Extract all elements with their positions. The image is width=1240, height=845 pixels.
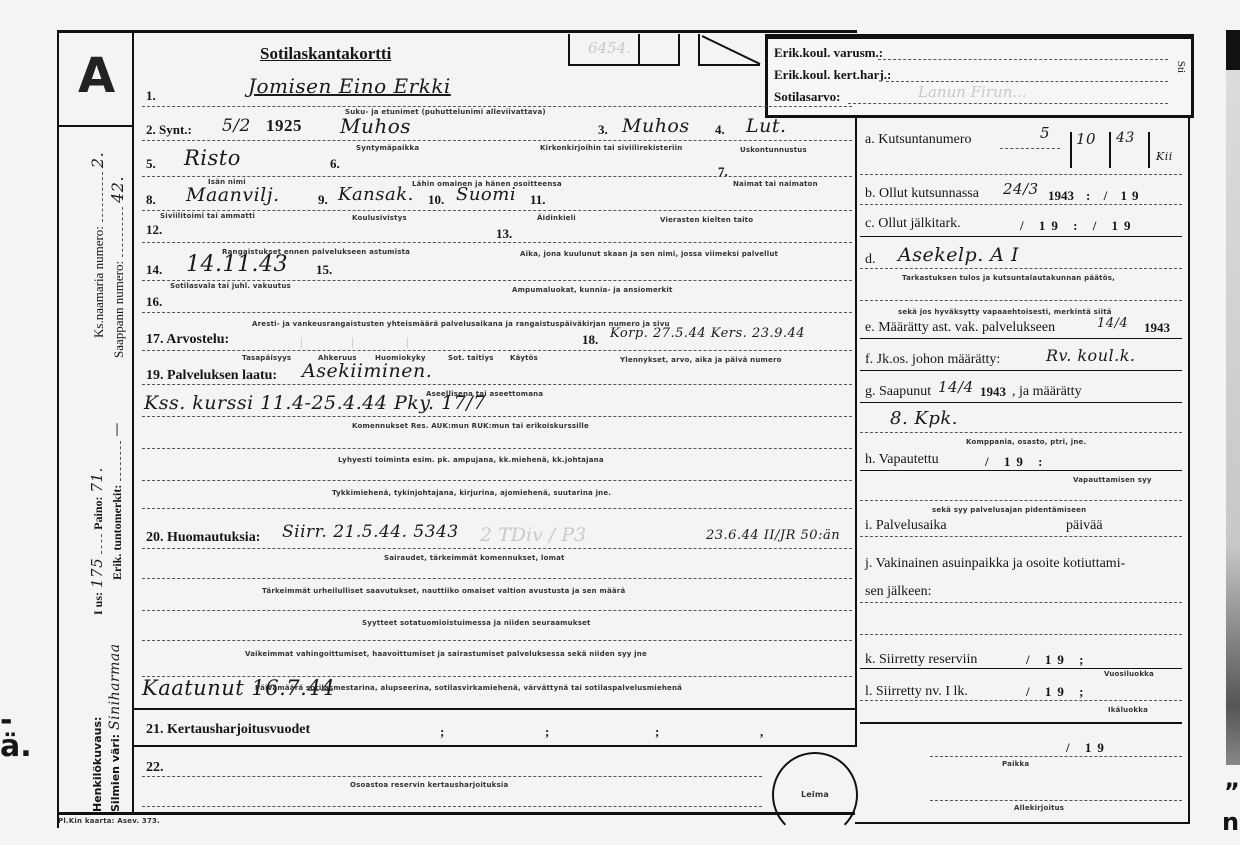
stamp-label: Leima xyxy=(801,790,829,799)
course-value: Kss. kurssi 11.4-25.4.44 Pky. 17/7 xyxy=(144,392,486,414)
sotilasarvo-label: Sotilasarvo: xyxy=(774,89,840,105)
f-label: f. Jk.os. johon määrätty: xyxy=(865,352,1000,368)
eye-color-field: Silmien väri: Siniharmaa xyxy=(106,643,124,812)
refresher-sep-2: ; xyxy=(655,724,659,740)
erik-varusm-label: Erik.koul. varusm.: xyxy=(774,45,883,61)
b-tail: : / 19 xyxy=(1086,188,1143,204)
height-label: I us: xyxy=(91,592,105,615)
injuries-caption: Vaikeimmat vahingoittumiset, haavoittumi… xyxy=(245,650,647,658)
field-12-num: 12. xyxy=(146,222,162,238)
duty-caption: Tykkimiehenä, tykinjohtajana, kirjurina,… xyxy=(332,489,611,497)
sappann-number-field: Saappann numero: 42. xyxy=(108,176,128,358)
marital-caption: Naimat tai naimaton xyxy=(733,180,818,188)
erik-kertharj-label: Erik.koul. kert.harj.: xyxy=(774,67,891,83)
oath-date-value: 14.11.43 xyxy=(186,252,288,277)
assessment-caption-3: Sot. taitiys xyxy=(448,354,494,362)
e-label: e. Määrätty ast. vak. palvelukseen xyxy=(865,320,1055,336)
field-18-num: 18. xyxy=(582,332,598,348)
height-weight-field: I us: 175 Paino: 71. xyxy=(88,467,107,615)
field-4-num: 4. xyxy=(715,122,725,138)
weight-value: 71. xyxy=(88,467,106,492)
field-6-num: 6. xyxy=(330,156,340,172)
arrest-caption: Aresti- ja vankeusrangaistusten yhteismä… xyxy=(252,320,670,328)
eye-color-label: Silmien väri: xyxy=(109,734,122,812)
l-label: l. Siirretty nv. I lk. xyxy=(865,684,968,700)
h-label: h. Vapautettu xyxy=(865,452,939,468)
c-tail: / 19 : / 19 xyxy=(1020,218,1137,234)
sappann-number-label: Saappann numero: xyxy=(111,261,126,358)
h-tail: / 19 : xyxy=(985,454,1048,470)
c-label: c. Ollut jälkitark. xyxy=(865,216,961,232)
refresher-sep-1: ; xyxy=(545,724,549,740)
charges-caption: Syytteet sotatuomioistuimessa ja niiden … xyxy=(362,619,591,627)
left-margin-fragment: - ä. xyxy=(0,708,32,760)
d-caption: Tarkastuksen tulos ja kutsuntalautakunna… xyxy=(902,274,1115,282)
mother-tongue-value: Suomi xyxy=(456,184,516,205)
a-value-3: 43 xyxy=(1116,130,1135,146)
assessment-caption-0: Tasapäisyys xyxy=(242,354,291,362)
field-15-num: 15. xyxy=(316,262,332,278)
g-value: 14/4 xyxy=(938,378,974,396)
class-letter: A xyxy=(78,48,115,104)
remarks-value: Siirr. 21.5.44. 5343 xyxy=(282,522,459,542)
remarks-caption: Sairaudet, tärkeimmät komennukset, lomat xyxy=(384,554,565,562)
fallen-caption: Päivämäärä sotilasmestarina, alupseerina… xyxy=(255,684,682,692)
sports-caption: Tärkeimmät urheilulliset saavutukset, na… xyxy=(262,587,625,595)
religion-caption: Uskontunnustus xyxy=(740,146,807,154)
parish-value: Muhos xyxy=(622,115,690,137)
field-5-num: 5. xyxy=(146,156,156,172)
k-tail: / 19 ; xyxy=(1026,652,1089,668)
field-22-num: 22. xyxy=(146,760,164,776)
father-name-value: Risto xyxy=(184,146,241,170)
field-7-num: 7. xyxy=(718,164,728,180)
side-mark: Sti xyxy=(1175,61,1187,73)
k-label: k. Siirretty reserviin xyxy=(865,652,977,668)
b-year: 1943 xyxy=(1048,188,1074,204)
promotions-caption: Ylennykset, arvo, aika ja päivä numero xyxy=(620,356,782,364)
field-17-num: 17. Arvostelu: xyxy=(146,332,229,348)
refresher-sep-0: ; xyxy=(440,724,444,740)
full-name-value: Jomisen Eino Erkki xyxy=(248,74,451,98)
field-3-num: 3. xyxy=(598,122,608,138)
d-caption-2: sekä jos hyväksytty vapaaehtoisesti, mer… xyxy=(898,308,1112,316)
education-caption: Koulusivistys xyxy=(352,214,407,222)
field-13-num: 13. xyxy=(496,226,512,242)
g-value-2: 8. Kpk. xyxy=(890,408,958,429)
parish-caption: Kirkonkirjoihin tai siviilirekisteriin xyxy=(540,144,682,152)
top-box-number: 6454. xyxy=(588,39,631,57)
e-value: 14/4 xyxy=(1097,316,1128,331)
footer-print-code: Pl.Kin kaarta: Asev. 373. xyxy=(58,817,160,825)
g-caption: Komppania, osasto, ptri, jne. xyxy=(966,438,1086,446)
occupation-caption: Siviilitoimi tai ammatti xyxy=(160,212,255,220)
g-label: g. Saapunut xyxy=(865,384,931,400)
eye-color-value: Siniharmaa xyxy=(107,643,123,730)
l-tail: / 19 ; xyxy=(1026,684,1089,700)
ks-number-field: Ks.naamaria numero: 2. xyxy=(88,152,108,338)
birth-place-value: Muhos xyxy=(340,114,411,138)
course-caption: Komennukset Res. AUK:mun RUK:mun tai eri… xyxy=(352,422,589,430)
card-bottom-rule xyxy=(57,812,855,815)
sign-place-caption: Paikka xyxy=(1002,760,1029,768)
assessment-caption-4: Käytös xyxy=(510,354,538,362)
class-box-bottom xyxy=(57,125,132,127)
h-caption-2: sekä syy palvelusajan pidentämiseen xyxy=(932,506,1086,514)
remarks-faint-value: 2 TDiv / P3 xyxy=(480,524,586,546)
e-year: 1943 xyxy=(1144,320,1170,336)
field-8-num: 8. xyxy=(146,192,156,208)
languages-caption: Vierasten kielten taito xyxy=(660,216,753,224)
right-text-fragment-2: n xyxy=(1222,808,1239,836)
right-photo-fragment xyxy=(1226,30,1240,765)
promotions-value: Korp. 27.5.44 Kers. 23.9.44 xyxy=(610,326,805,341)
awards-caption: Ampumaluokat, kunnia- ja ansiomerkit xyxy=(512,286,673,294)
field-19-num: 19. Palveluksen laatu: xyxy=(146,368,277,384)
j-label: j. Vakinainen asuinpaikka ja osoite koti… xyxy=(865,556,1125,572)
mother-tongue-caption: Äidinkieli xyxy=(537,214,576,222)
i-unit: päivää xyxy=(1066,518,1103,534)
k-caption: Vuosiluokka xyxy=(1104,670,1154,678)
height-value: 175 xyxy=(88,558,106,588)
role-caption: Lyhyesti toiminta esim. pk. ampujana, kk… xyxy=(338,456,604,464)
remarks-value-2: 23.6.44 II/JR 50:än xyxy=(706,528,840,543)
education-value: Kansak. xyxy=(338,184,414,205)
religion-value: Lut. xyxy=(746,115,787,137)
refresher-caption: Osoastoa reservin kertausharjoituksia xyxy=(350,781,508,789)
field-11-num: 11. xyxy=(530,192,546,208)
sappann-number-value: 42. xyxy=(108,176,127,203)
ks-number-label: Ks.naamaria numero: xyxy=(91,226,106,338)
birthplace-caption: Syntymäpaikka xyxy=(356,144,419,152)
diagonal-line-icon xyxy=(700,34,762,66)
main-bottom-border xyxy=(132,745,857,747)
i-label: i. Palvelusaika xyxy=(865,518,947,534)
h-caption: Vapauttamisen syy xyxy=(1073,476,1152,484)
field-21-num: 21. Kertausharjoitusvuodet xyxy=(146,722,310,738)
special-marks-value: — xyxy=(109,422,125,437)
sotilasarvo-value: Lanun Firun... xyxy=(918,83,1027,101)
a-value-2: 10 xyxy=(1076,130,1096,148)
weight-label: Paino: xyxy=(91,497,105,530)
f-value: Rv. koul.k. xyxy=(1046,346,1135,365)
birth-date-value: 5/2 xyxy=(222,116,251,136)
special-marks-field: Erik. tuntomerkit: — xyxy=(108,422,126,580)
g-tail: , ja määrätty xyxy=(1012,384,1082,400)
j-label-2: sen jälkeen: xyxy=(865,584,931,600)
b-label: b. Ollut kutsunnassa xyxy=(865,186,979,202)
field-2-num: 2. Synt.: xyxy=(146,122,192,138)
sign-year: / 19 xyxy=(1066,740,1110,756)
field-14-num: 14. xyxy=(146,262,162,278)
description-label: Henkilökuvaus: xyxy=(88,717,106,812)
birth-year-value: 1925 xyxy=(266,116,302,136)
refresher-sep-3: , xyxy=(760,724,763,740)
service-type-value: Asekiiminen. xyxy=(302,360,432,382)
field-1-num: 1. xyxy=(146,88,156,104)
card-title: Sotilaskantakortti xyxy=(260,44,391,64)
oath-caption: Sotilasvala tai juhl. vakuutus xyxy=(170,282,291,290)
a-label: a. Kutsuntanumero xyxy=(865,132,972,148)
l-caption: Ikäluokka xyxy=(1108,706,1148,714)
d-label: d. xyxy=(865,252,876,268)
diagonal-box xyxy=(698,34,760,66)
b-value: 24/3 xyxy=(1003,180,1039,198)
d-value: Asekelp. A I xyxy=(898,244,1019,266)
left-strip-divider xyxy=(132,30,134,812)
field-9-num: 9. xyxy=(318,192,328,208)
ks-number-value: 2. xyxy=(88,152,107,168)
assessment-separators: | | | xyxy=(300,334,409,350)
g-year: 1943 xyxy=(980,384,1006,400)
field-20-num: 20. Huomautuksia: xyxy=(146,530,260,546)
a-value-4: Kii xyxy=(1156,150,1173,163)
occupation-value: Maanvilj. xyxy=(186,184,280,206)
a-value-1: 5 xyxy=(1040,124,1050,142)
prior-service-caption: Aika, jona kuulunut skaan ja sen nimi, j… xyxy=(520,250,778,258)
right-text-fragment-1: ”I xyxy=(1224,778,1240,806)
sign-caption: Allekirjoitus xyxy=(1014,804,1064,812)
top-number-box: 6454. xyxy=(568,34,680,66)
special-marks-label: Erik. tuntomerkit: xyxy=(110,485,124,580)
field-16-num: 16. xyxy=(146,294,162,310)
field-10-num: 10. xyxy=(428,192,444,208)
